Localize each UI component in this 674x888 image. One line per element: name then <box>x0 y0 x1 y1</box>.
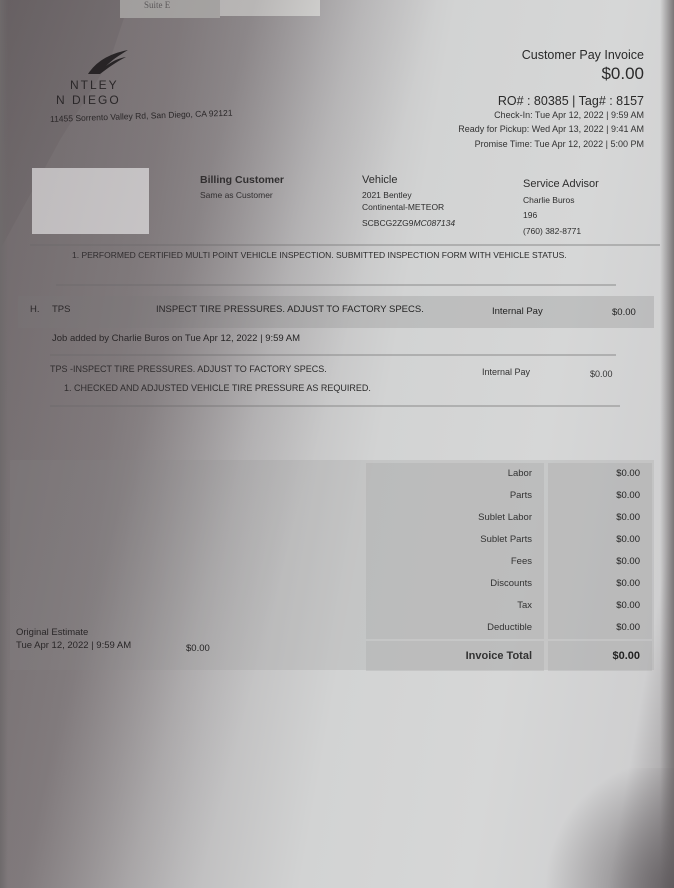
summary-row: Sublet Parts$0.00 <box>366 529 652 551</box>
summary-label: Labor <box>366 463 544 485</box>
invoice-photo: Suite E NTLEY N DIEGO 11455 Sorrento Val… <box>0 0 674 888</box>
invoice-amount: $0.00 <box>601 64 644 84</box>
summary-label: Discounts <box>366 573 544 595</box>
photo-corner-shadow <box>534 768 674 888</box>
job-letter: H. <box>30 304 40 315</box>
job-description: INSPECT TIRE PRESSURES. ADJUST TO FACTOR… <box>156 304 424 315</box>
summary-value: $0.00 <box>548 485 652 507</box>
dealer-name-line2: N DIEGO <box>56 93 121 107</box>
vehicle-heading: Vehicle <box>362 174 397 186</box>
summary-row: Labor$0.00 <box>366 463 652 485</box>
job-header-row: H. TPS INSPECT TIRE PRESSURES. ADJUST TO… <box>18 296 654 328</box>
vin-suffix: MC087134 <box>414 218 456 228</box>
divider <box>56 284 616 286</box>
billing-customer-heading: Billing Customer <box>200 174 284 186</box>
background-paper-strip: Suite E <box>120 0 220 18</box>
job-code: TPS <box>52 304 70 315</box>
operation-amount: $0.00 <box>590 369 613 379</box>
background-paper-strip-2 <box>220 0 320 16</box>
invoice-total-row: Invoice Total$0.00 <box>366 641 652 671</box>
dealer-name-line1: NTLEY <box>70 78 119 92</box>
operation-detail: 1. CHECKED AND ADJUSTED VEHICLE TIRE PRE… <box>64 383 371 393</box>
summary-value: $0.00 <box>548 507 652 529</box>
summary-value: $0.00 <box>548 529 652 551</box>
divider <box>30 244 660 246</box>
advisor-phone: (760) 382-8771 <box>523 226 581 236</box>
operation-pay-type: Internal Pay <box>482 367 530 377</box>
summary-label: Fees <box>366 551 544 573</box>
operation-description: TPS -INSPECT TIRE PRESSURES. ADJUST TO F… <box>50 364 327 374</box>
summary-value: $0.00 <box>548 595 652 617</box>
original-estimate-date: Tue Apr 12, 2022 | 9:59 AM <box>16 640 131 651</box>
totals-table: Labor$0.00Parts$0.00Sublet Labor$0.00Sub… <box>366 463 652 671</box>
summary-value: $0.00 <box>548 551 652 573</box>
invoice-total-value: $0.00 <box>548 641 652 671</box>
summary-row: Fees$0.00 <box>366 551 652 573</box>
vin-prefix: SCBCG2ZG9 <box>362 218 414 228</box>
summary-value: $0.00 <box>548 573 652 595</box>
invoice-title: Customer Pay Invoice <box>522 48 644 62</box>
original-estimate-label: Original Estimate <box>16 627 88 638</box>
divider <box>50 354 616 356</box>
summary-row: Parts$0.00 <box>366 485 652 507</box>
bentley-wings-icon <box>86 48 130 76</box>
photo-edge-shadow <box>0 0 8 888</box>
job-amount: $0.00 <box>612 307 636 318</box>
advisor-name: Charlie Buros <box>523 195 575 205</box>
ro-tag-number: RO# : 80385 | Tag# : 8157 <box>498 94 644 108</box>
summary-label: Sublet Labor <box>366 507 544 529</box>
summary-value: $0.00 <box>548 617 652 639</box>
summary-label: Deductible <box>366 617 544 639</box>
vehicle-model: Continental-METEOR <box>362 202 444 212</box>
vehicle-year-make: 2021 Bentley <box>362 190 412 200</box>
summary-label: Tax <box>366 595 544 617</box>
vehicle-vin: SCBCG2ZG9MC087134 <box>362 218 455 228</box>
summary-row: Deductible$0.00 <box>366 617 652 639</box>
divider <box>50 405 620 407</box>
inspection-note: 1. PERFORMED CERTIFIED MULTI POINT VEHIC… <box>72 250 632 260</box>
billing-customer-value: Same as Customer <box>200 190 273 200</box>
ready-for-pickup-time: Ready for Pickup: Wed Apr 13, 2022 | 9:4… <box>458 124 644 134</box>
original-estimate-amount: $0.00 <box>186 643 210 654</box>
job-pay-type: Internal Pay <box>492 306 543 317</box>
summary-row: Sublet Labor$0.00 <box>366 507 652 529</box>
summary-row: Tax$0.00 <box>366 595 652 617</box>
summary-label: Parts <box>366 485 544 507</box>
invoice-total-label: Invoice Total <box>366 641 544 671</box>
redacted-customer-block <box>32 168 149 234</box>
summary-value: $0.00 <box>548 463 652 485</box>
photo-edge-shadow <box>660 0 674 888</box>
advisor-id: 196 <box>523 210 537 220</box>
promise-time: Promise Time: Tue Apr 12, 2022 | 5:00 PM <box>475 139 644 149</box>
summary-row: Discounts$0.00 <box>366 573 652 595</box>
check-in-time: Check-In: Tue Apr 12, 2022 | 9:59 AM <box>494 110 644 120</box>
service-advisor-heading: Service Advisor <box>523 178 599 190</box>
summary-label: Sublet Parts <box>366 529 544 551</box>
job-added-by: Job added by Charlie Buros on Tue Apr 12… <box>52 333 300 344</box>
